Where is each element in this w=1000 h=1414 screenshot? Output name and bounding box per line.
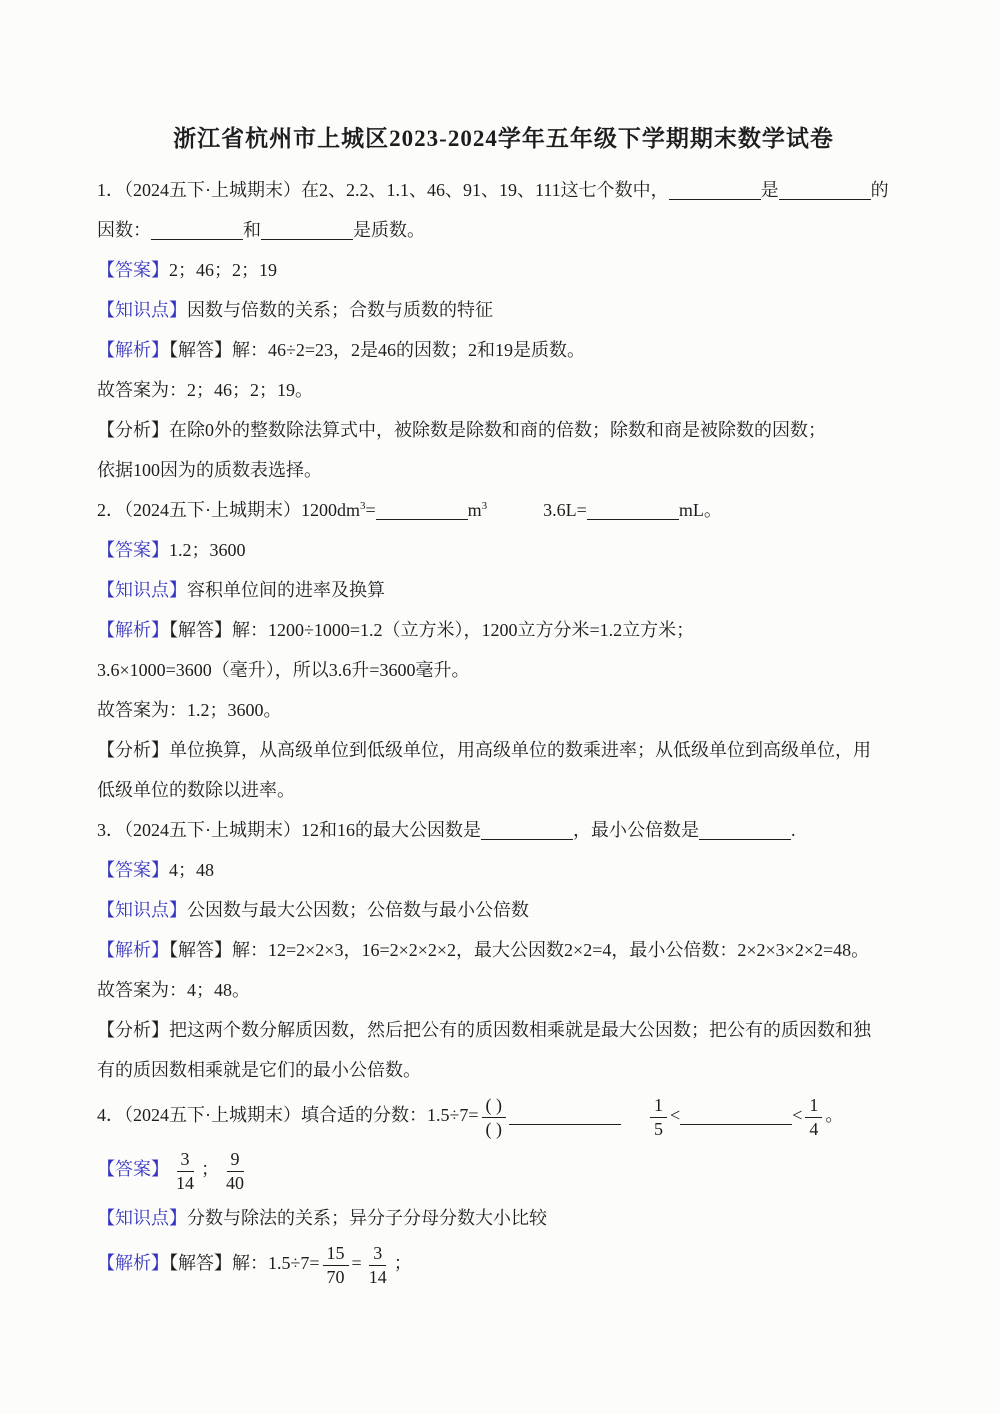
fraction-numerator: 3 bbox=[369, 1242, 386, 1266]
q4-stem-text: 4．（2024五下·上城期末）填合适的分数：1.5÷7= bbox=[97, 1105, 479, 1125]
blank-underline bbox=[587, 501, 679, 520]
answer-label: 【答案】 bbox=[97, 1159, 169, 1179]
jiexi-text: 【解答】解：12=2×2×3，16=2×2×2×2，最大公因数2×2=4，最小公… bbox=[169, 940, 869, 960]
fraction-one-fifth: 15 bbox=[650, 1094, 667, 1140]
q1-stem-text: 1．（2024五下·上城期末）在2、2.2、1.1、46、91、19、111这七… bbox=[97, 180, 669, 200]
q3-conclusion-line: 故答案为：4；48。 bbox=[97, 970, 910, 1010]
q3-fenxi-line-2: 有的质因数相乘就是它们的最小公倍数。 bbox=[97, 1050, 910, 1090]
answer-label: 【答案】 bbox=[97, 860, 169, 880]
fraction-one-fourth: 14 bbox=[805, 1094, 822, 1140]
fraction-work-2: 314 bbox=[365, 1242, 391, 1288]
q4-answer-line: 【答案】314；940 bbox=[97, 1144, 910, 1198]
conclusion-text: 故答案为：2；46；2；19。 bbox=[97, 380, 313, 400]
fenxi-label: 【分析】 bbox=[97, 1020, 169, 1040]
fraction-denominator: 5 bbox=[650, 1118, 667, 1141]
fraction-denominator: 70 bbox=[323, 1266, 349, 1289]
q1-fenxi-line-1: 【分析】在除0外的整数除法算式中，被除数是除数和商的倍数；除数和商是被除数的因数… bbox=[97, 410, 910, 450]
fenxi-text: 把这两个数分解质因数，然后把公有的质因数相乘就是最大公因数；把公有的质因数和独 bbox=[169, 1020, 871, 1040]
q2-stem-text: mL。 bbox=[679, 500, 722, 520]
knowledge-label: 【知识点】 bbox=[97, 900, 187, 920]
fenxi-text: 在除0外的整数除法算式中，被除数是除数和商的倍数；除数和商是被除数的因数； bbox=[169, 420, 826, 440]
jiexi-text: 3.6×1000=3600（毫升），所以3.6升=3600毫升。 bbox=[97, 660, 469, 680]
q1-stem-text: 因数： bbox=[97, 220, 151, 240]
less-than-sign: < bbox=[792, 1105, 802, 1125]
jiexi-text: 【解答】解：1200÷1000=1.2（立方米），1200立方分米=1.2立方米… bbox=[169, 620, 694, 640]
superscript: 3 bbox=[482, 500, 488, 512]
q2-stem-text: m bbox=[468, 500, 482, 520]
q1-stem-text: 的 bbox=[871, 180, 889, 200]
q1-answer-line: 【答案】2；46；2；19 bbox=[97, 250, 910, 290]
q4-stem-text: 。 bbox=[825, 1105, 843, 1125]
jiexi-label: 【解析】 bbox=[97, 620, 169, 640]
q3-knowledge-line: 【知识点】公因数与最大公因数；公倍数与最小公倍数 bbox=[97, 890, 910, 930]
jiexi-text: 【解答】解：1.5÷7= bbox=[169, 1253, 320, 1273]
q3-answer-line: 【答案】4；48 bbox=[97, 850, 910, 890]
fraction-answer-1: 314 bbox=[172, 1148, 198, 1194]
q4-stem-line: 4．（2024五下·上城期末）填合适的分数：1.5÷7=( )( )15<<14… bbox=[97, 1090, 910, 1144]
q4-jiexi-line: 【解析】【解答】解：1.5÷7=1570=314； bbox=[97, 1238, 910, 1292]
answer-separator: ； bbox=[201, 1159, 219, 1179]
q2-answer-line: 【答案】1.2；3600 bbox=[97, 530, 910, 570]
q1-stem-text: 是 bbox=[761, 180, 779, 200]
knowledge-value: 因数与倍数的关系；合数与质数的特征 bbox=[187, 300, 493, 320]
fenxi-text: 有的质因数相乘就是它们的最小公倍数。 bbox=[97, 1060, 421, 1080]
q1-stem-text: 是质数。 bbox=[353, 220, 425, 240]
answer-label: 【答案】 bbox=[97, 260, 169, 280]
q2-conclusion-line: 故答案为：1.2；3600。 bbox=[97, 690, 910, 730]
jiexi-label: 【解析】 bbox=[97, 340, 169, 360]
fenxi-text: 单位换算，从高级单位到低级单位，用高级单位的数乘进率；从低级单位到高级单位，用 bbox=[169, 740, 871, 760]
knowledge-value: 容积单位间的进率及换算 bbox=[187, 580, 385, 600]
fraction-denominator: 14 bbox=[365, 1266, 391, 1289]
q2-stem-text: 2．（2024五下·上城期末）1200dm bbox=[97, 500, 360, 520]
fraction-numerator: 1 bbox=[805, 1094, 822, 1118]
fraction-denominator: 4 bbox=[805, 1118, 822, 1141]
answer-value: 2；46；2；19 bbox=[169, 260, 277, 280]
q2-fenxi-line-2: 低级单位的数除以进率。 bbox=[97, 770, 910, 810]
q4-knowledge-line: 【知识点】分数与除法的关系；异分子分母分数大小比较 bbox=[97, 1198, 910, 1238]
blank-underline bbox=[261, 221, 353, 240]
knowledge-value: 分数与除法的关系；异分子分母分数大小比较 bbox=[187, 1208, 547, 1228]
q3-stem-text: . bbox=[791, 820, 796, 840]
q2-knowledge-line: 【知识点】容积单位间的进率及换算 bbox=[97, 570, 910, 610]
q1-jiexi-line: 【解析】【解答】解：46÷2=23，2是46的因数；2和19是质数。 bbox=[97, 330, 910, 370]
fraction-denominator: 40 bbox=[222, 1172, 248, 1195]
jiexi-label: 【解析】 bbox=[97, 1253, 169, 1273]
q2-fenxi-line-1: 【分析】单位换算，从高级单位到低级单位，用高级单位的数乘进率；从低级单位到高级单… bbox=[97, 730, 910, 770]
blank-underline bbox=[509, 1106, 621, 1125]
knowledge-value: 公因数与最大公因数；公倍数与最小公倍数 bbox=[187, 900, 529, 920]
q3-stem-text: ，最小公倍数是 bbox=[573, 820, 699, 840]
q1-knowledge-line: 【知识点】因数与倍数的关系；合数与质数的特征 bbox=[97, 290, 910, 330]
fraction-numerator: 1 bbox=[650, 1094, 667, 1118]
equals-sign: = bbox=[352, 1253, 362, 1273]
q2-stem-text: = bbox=[366, 500, 376, 520]
q2-jiexi-line-2: 3.6×1000=3600（毫升），所以3.6升=3600毫升。 bbox=[97, 650, 910, 690]
fraction-answer-2: 940 bbox=[222, 1148, 248, 1194]
answer-value: 1.2；3600 bbox=[169, 540, 246, 560]
conclusion-text: 故答案为：1.2；3600。 bbox=[97, 700, 282, 720]
page-title: 浙江省杭州市上城区2023-2024学年五年级下学期期末数学试卷 bbox=[97, 122, 910, 156]
exam-document-page: 浙江省杭州市上城区2023-2024学年五年级下学期期末数学试卷 1．（2024… bbox=[0, 0, 1000, 1414]
blank-underline bbox=[376, 501, 468, 520]
blank-underline bbox=[669, 181, 761, 200]
q3-jiexi-line: 【解析】【解答】解：12=2×2×3，16=2×2×2×2，最大公因数2×2=4… bbox=[97, 930, 910, 970]
answer-label: 【答案】 bbox=[97, 540, 169, 560]
blank-underline bbox=[680, 1106, 792, 1125]
blank-underline bbox=[699, 821, 791, 840]
fraction-numerator: 15 bbox=[323, 1242, 349, 1266]
blank-underline bbox=[481, 821, 573, 840]
q2-stem-line: 2．（2024五下·上城期末）1200dm3=m33.6L=mL。 bbox=[97, 490, 910, 530]
fenxi-label: 【分析】 bbox=[97, 740, 169, 760]
knowledge-label: 【知识点】 bbox=[97, 1208, 187, 1228]
q3-stem-line: 3．（2024五下·上城期末）12和16的最大公因数是，最小公倍数是. bbox=[97, 810, 910, 850]
fenxi-text: 低级单位的数除以进率。 bbox=[97, 780, 295, 800]
less-than-sign: < bbox=[670, 1105, 680, 1125]
fraction-numerator: ( ) bbox=[482, 1094, 507, 1118]
fraction-work-1: 1570 bbox=[323, 1242, 349, 1288]
q3-stem-text: 3．（2024五下·上城期末）12和16的最大公因数是 bbox=[97, 820, 481, 840]
fenxi-label: 【分析】 bbox=[97, 420, 169, 440]
fraction-denominator: 14 bbox=[172, 1172, 198, 1195]
blank-underline bbox=[779, 181, 871, 200]
q1-stem-text: 和 bbox=[243, 220, 261, 240]
fraction-parentheses: ( )( ) bbox=[482, 1094, 507, 1140]
jiexi-label: 【解析】 bbox=[97, 940, 169, 960]
q1-conclusion-line: 故答案为：2；46；2；19。 bbox=[97, 370, 910, 410]
fraction-denominator: ( ) bbox=[482, 1118, 507, 1141]
knowledge-label: 【知识点】 bbox=[97, 580, 187, 600]
fraction-numerator: 9 bbox=[227, 1148, 244, 1172]
q3-fenxi-line-1: 【分析】把这两个数分解质因数，然后把公有的质因数相乘就是最大公因数；把公有的质因… bbox=[97, 1010, 910, 1050]
jiexi-text: 【解答】解：46÷2=23，2是46的因数；2和19是质数。 bbox=[169, 340, 585, 360]
q2-jiexi-line-1: 【解析】【解答】解：1200÷1000=1.2（立方米），1200立方分米=1.… bbox=[97, 610, 910, 650]
q1-fenxi-line-2: 依据100因为的质数表选择。 bbox=[97, 450, 910, 490]
q2-stem-text: 3.6L= bbox=[543, 500, 587, 520]
fraction-numerator: 3 bbox=[177, 1148, 194, 1172]
fenxi-text: 依据100因为的质数表选择。 bbox=[97, 460, 322, 480]
q1-stem-line-1: 1．（2024五下·上城期末）在2、2.2、1.1、46、91、19、111这七… bbox=[97, 170, 910, 210]
answer-value: 4；48 bbox=[169, 860, 214, 880]
knowledge-label: 【知识点】 bbox=[97, 300, 187, 320]
blank-underline bbox=[151, 221, 243, 240]
q1-stem-line-2: 因数：和是质数。 bbox=[97, 210, 910, 250]
conclusion-text: 故答案为：4；48。 bbox=[97, 980, 250, 1000]
jiexi-text: ； bbox=[394, 1253, 412, 1273]
